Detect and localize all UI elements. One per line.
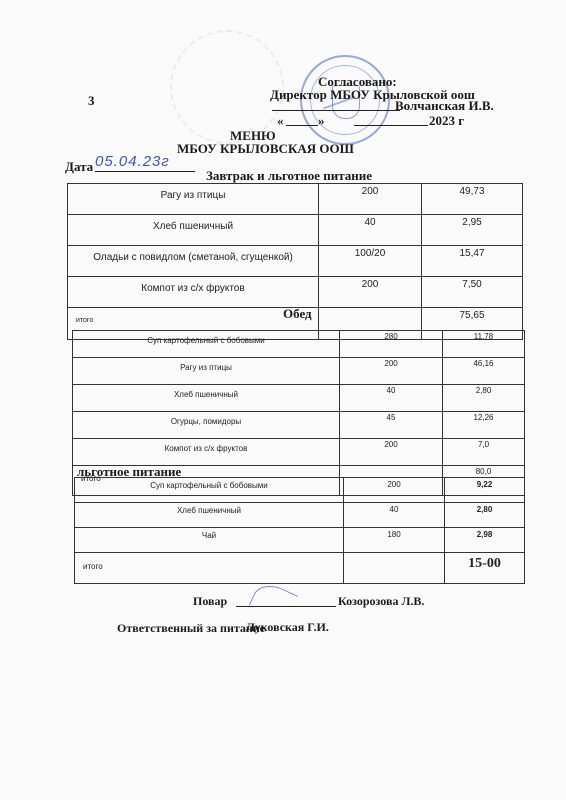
total-portion [344, 553, 445, 584]
responsible-label: Ответственный за питание [117, 621, 265, 636]
approval-year: 2023 г [429, 113, 464, 129]
portion-size: 180 [344, 528, 445, 553]
signature-line [272, 110, 400, 111]
dish-name: Суп картофельный с бобовыми [73, 331, 340, 358]
portion-size: 200 [340, 439, 443, 466]
portion-size: 200 [340, 358, 443, 385]
dish-name: Хлеб пшеничный [68, 215, 319, 246]
bleed-through-stamp-ghost [170, 30, 284, 144]
table-row: Огурцы, помидоры4512,26 [73, 412, 525, 439]
portion-size: 280 [340, 331, 443, 358]
table-row: Рагу из птицы20046,16 [73, 358, 525, 385]
price: 7,50 [422, 277, 523, 308]
section-title-breakfast: Завтрак и льготное питание [206, 168, 372, 184]
table-row: Чай1802,98 [75, 528, 525, 553]
table-row: Компот из с/х фруктов2007,50 [68, 277, 523, 308]
portion-size: 40 [319, 215, 422, 246]
dish-name: Суп картофельный с бобовыми [75, 478, 344, 503]
page-number: 3 [88, 93, 95, 109]
portion-size: 100/20 [319, 246, 422, 277]
dish-name: Огурцы, помидоры [73, 412, 340, 439]
director-name: Волчанская И.В. [395, 98, 494, 114]
table-row: Компот из с/х фруктов2007,0 [73, 439, 525, 466]
dish-name: Компот из с/х фруктов [73, 439, 340, 466]
price: 15,47 [422, 246, 523, 277]
table-row: Хлеб пшеничный402,80 [75, 503, 525, 528]
month-blank-line [354, 125, 428, 126]
cook-label: Повар [193, 594, 227, 609]
cook-signature [249, 579, 298, 623]
portion-size: 40 [344, 503, 445, 528]
price: 12,26 [443, 412, 525, 439]
table-row: Оладьи с повидлом (сметаной, сгущенкой)1… [68, 246, 523, 277]
dish-name: Рагу из птицы [73, 358, 340, 385]
price: 2,80 [445, 503, 525, 528]
dish-name: Хлеб пшеничный [75, 503, 344, 528]
price: 49,73 [422, 184, 523, 215]
price: 9,22 [445, 478, 525, 503]
dish-name: Хлеб пшеничный [73, 385, 340, 412]
table-row: Суп картофельный с бобовыми2009,22 [75, 478, 525, 503]
section-title-lunch: Обед [283, 306, 312, 322]
responsible-name: Луковская Г.И. [246, 620, 329, 635]
date-label: Дата [65, 159, 93, 175]
table-row: Хлеб пшеничный402,95 [68, 215, 523, 246]
portion-size: 200 [319, 184, 422, 215]
dish-name: Чай [75, 528, 344, 553]
date-value-handwritten: 05.04.23г [95, 153, 195, 172]
total-label: итого [75, 553, 344, 584]
price: 2,98 [445, 528, 525, 553]
date-open-quote: « [277, 113, 284, 129]
dish-name: Рагу из птицы [68, 184, 319, 215]
price: 2,95 [422, 215, 523, 246]
portion-size: 40 [340, 385, 443, 412]
table-row: Хлеб пшеничный402,80 [73, 385, 525, 412]
school-name: МБОУ КРЫЛОВСКАЯ ООШ [177, 141, 354, 157]
total-price: 15-00 [445, 553, 525, 584]
cook-name: Козорозова Л.В. [338, 594, 424, 609]
price: 46,16 [443, 358, 525, 385]
dish-name: Компот из с/х фруктов [68, 277, 319, 308]
subsidized-meal-table: Суп картофельный с бобовыми2009,22Хлеб п… [74, 477, 525, 584]
table-row: Суп картофельный с бобовыми28011,78 [73, 331, 525, 358]
day-blank-line [286, 125, 318, 126]
portion-size: 200 [344, 478, 445, 503]
price: 2,80 [443, 385, 525, 412]
price: 7,0 [443, 439, 525, 466]
portion-size: 45 [340, 412, 443, 439]
dish-name: Оладьи с повидлом (сметаной, сгущенкой) [68, 246, 319, 277]
date-close-quote: » [318, 113, 325, 129]
total-row: итого15-00 [75, 553, 525, 584]
portion-size: 200 [319, 277, 422, 308]
price: 11,78 [443, 331, 525, 358]
table-row: Рагу из птицы20049,73 [68, 184, 523, 215]
